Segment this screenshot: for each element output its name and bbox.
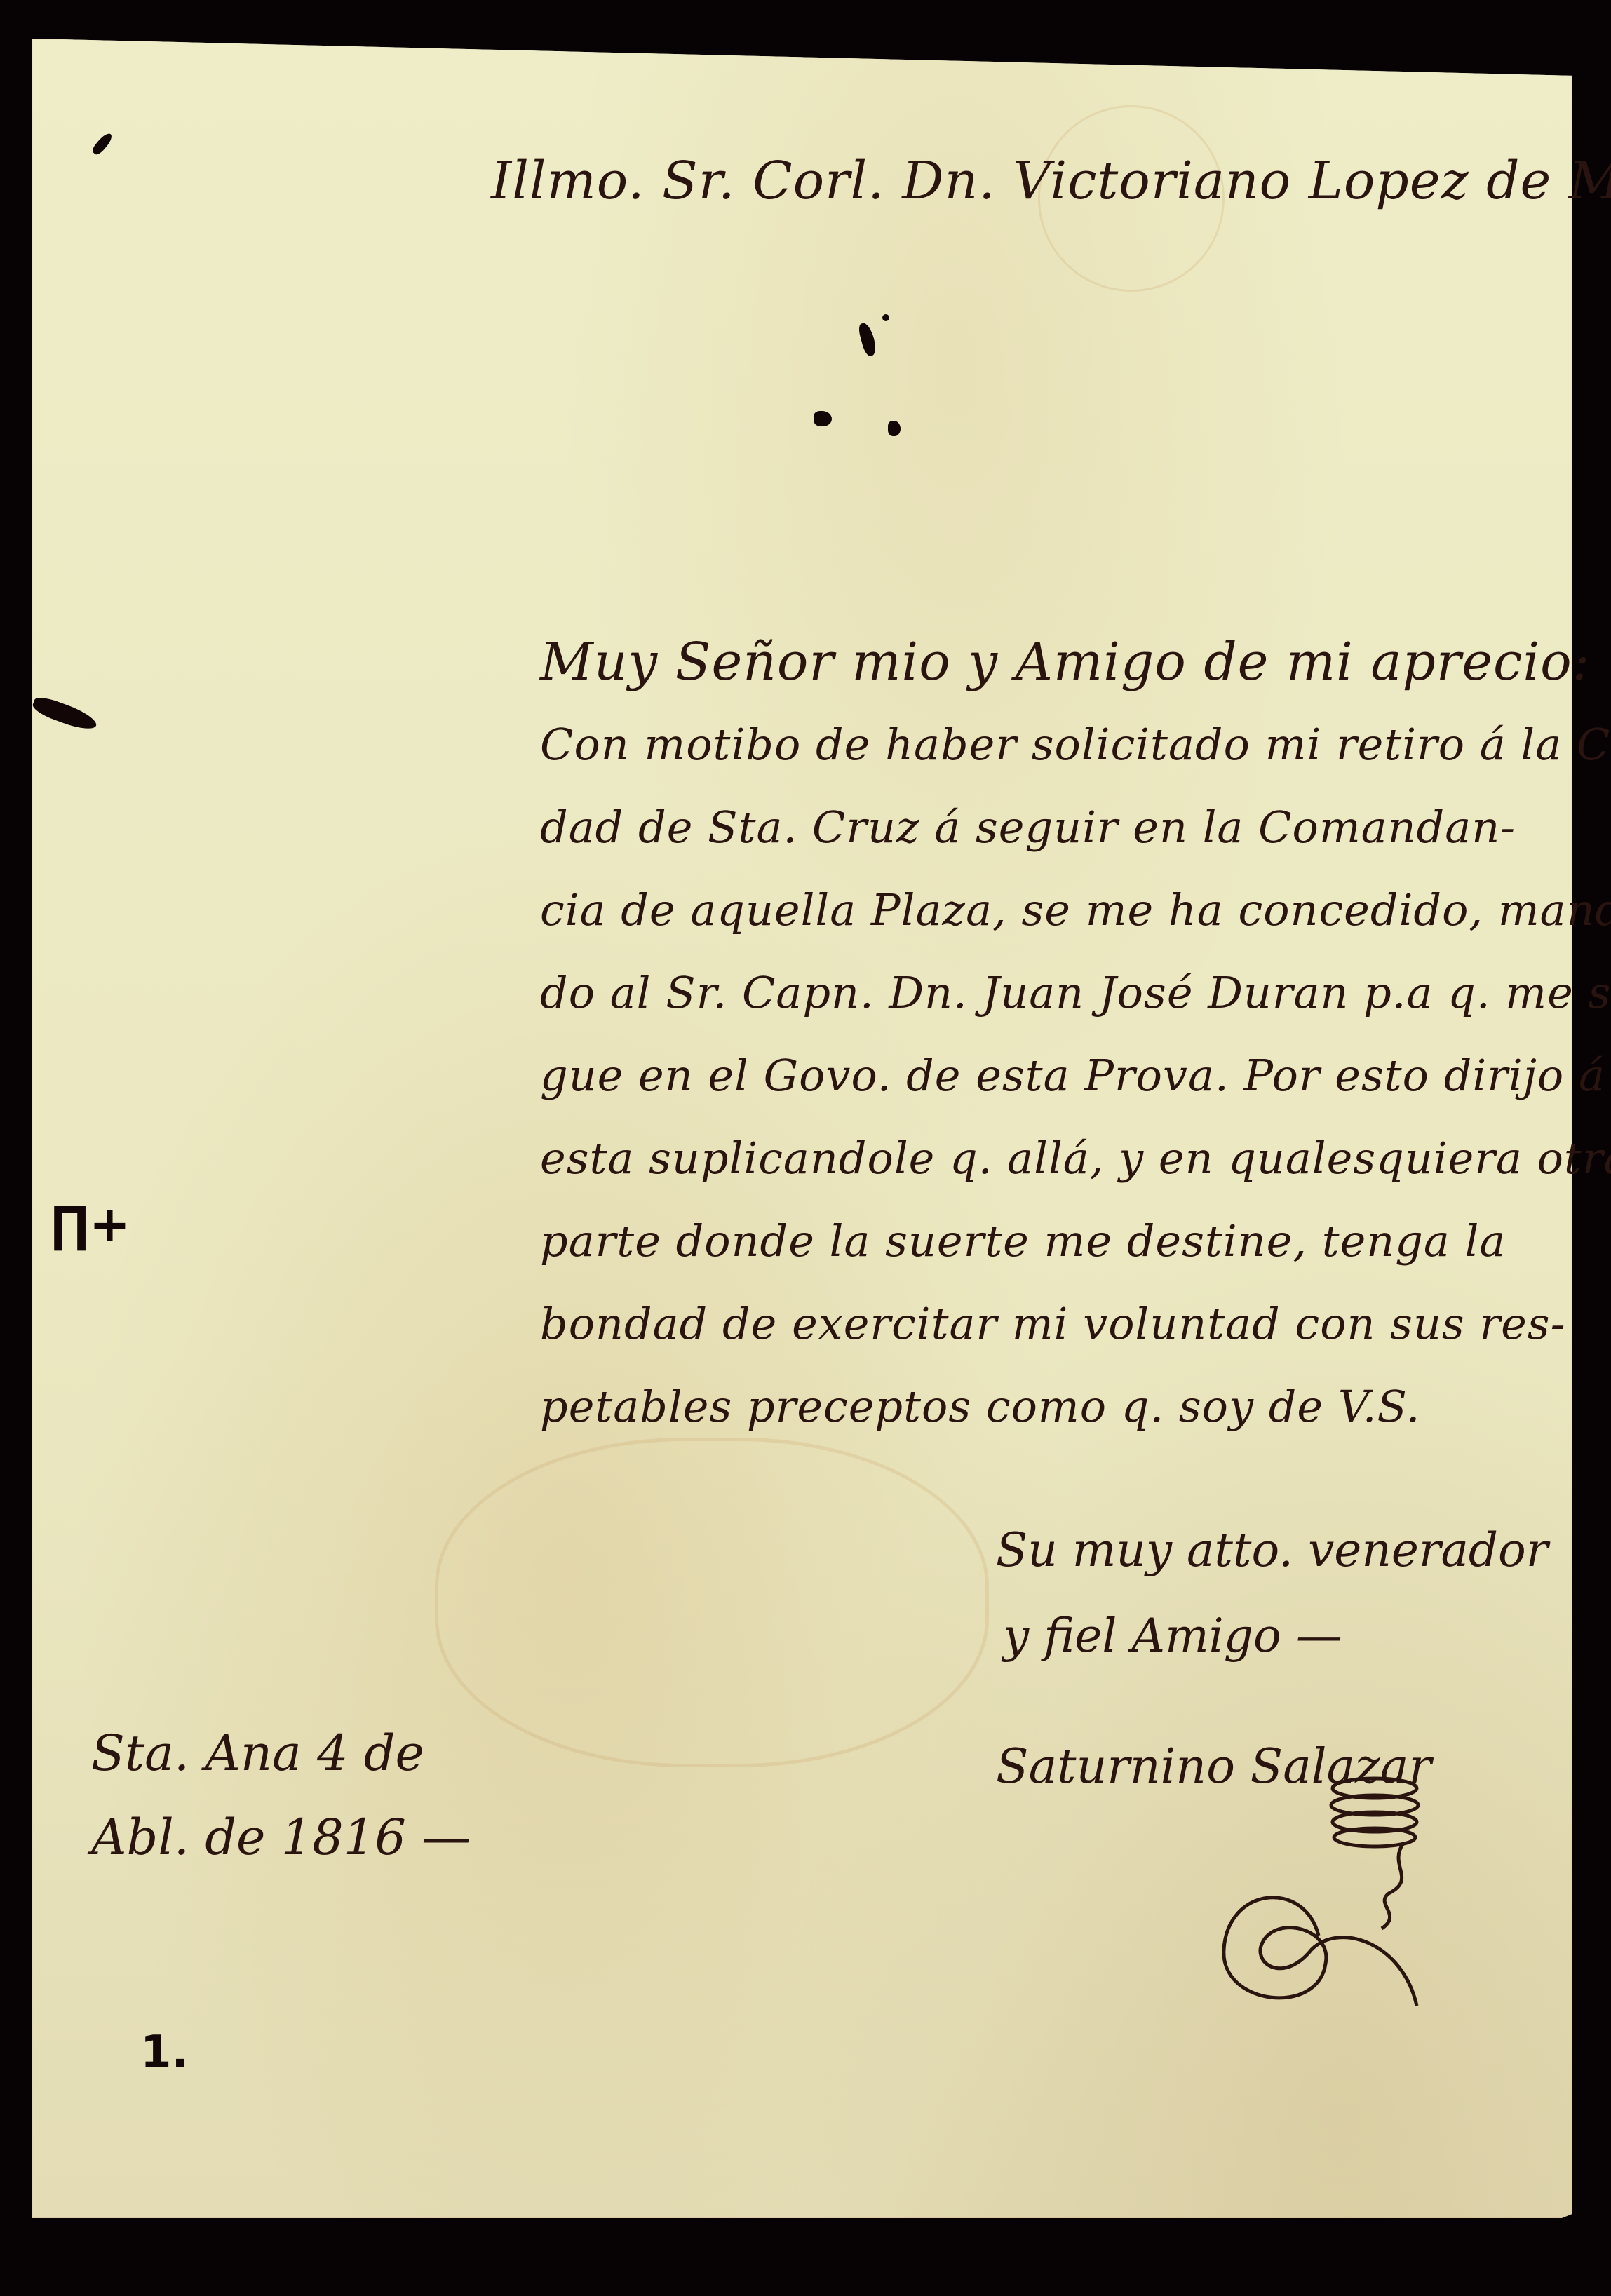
body-line: gue en el Govo. de esta Prova. Por esto … [540, 1034, 1508, 1117]
closing-line: Su muy atto. venerador [996, 1508, 1548, 1593]
rubric-flourish-icon [1108, 1774, 1501, 2020]
body-line: cia de aquella Plaza, se me ha concedido… [540, 869, 1508, 952]
place-date-block: Sta. Ana 4 de Abl. de 1816 — [91, 1711, 471, 1879]
body-line: Con motibo de haber solicitado mi retiro… [540, 703, 1508, 786]
letter-body: Muy Señor mio y Amigo de mi aprecio: Con… [540, 621, 1508, 1448]
closing-line: y fiel Amigo — [996, 1593, 1548, 1679]
place-line: Sta. Ana 4 de [91, 1711, 471, 1795]
body-line: dad de Sta. Cruz á seguir en la Comandan… [540, 786, 1508, 869]
body-line: do al Sr. Capn. Dn. Juan José Duran p.a … [540, 952, 1508, 1034]
body-line: bondad de exercitar mi voluntad con sus … [540, 1283, 1508, 1365]
paper-stain [435, 1438, 989, 1767]
body-line: petables preceptos como q. soy de V.S. [540, 1365, 1508, 1448]
ink-ornament [888, 421, 901, 436]
margin-mark-bottom-left: 1. [140, 2027, 189, 2079]
body-line: parte donde la suerte me destine, tenga … [540, 1200, 1508, 1283]
ink-ornament [882, 314, 889, 321]
date-line: Abl. de 1816 — [91, 1795, 471, 1879]
body-line: esta suplicandole q. allá, y en qualesqu… [540, 1117, 1508, 1200]
ink-ornament [814, 411, 832, 426]
margin-mark-left-middle: ∏+ [50, 1196, 130, 1253]
closing-block: Su muy atto. venerador y fiel Amigo — [996, 1508, 1548, 1679]
body-line-salutation: Muy Señor mio y Amigo de mi aprecio: [540, 621, 1508, 703]
addressee-line: Illmo. Sr. Corl. Dn. Victoriano Lopez de… [491, 151, 1611, 211]
